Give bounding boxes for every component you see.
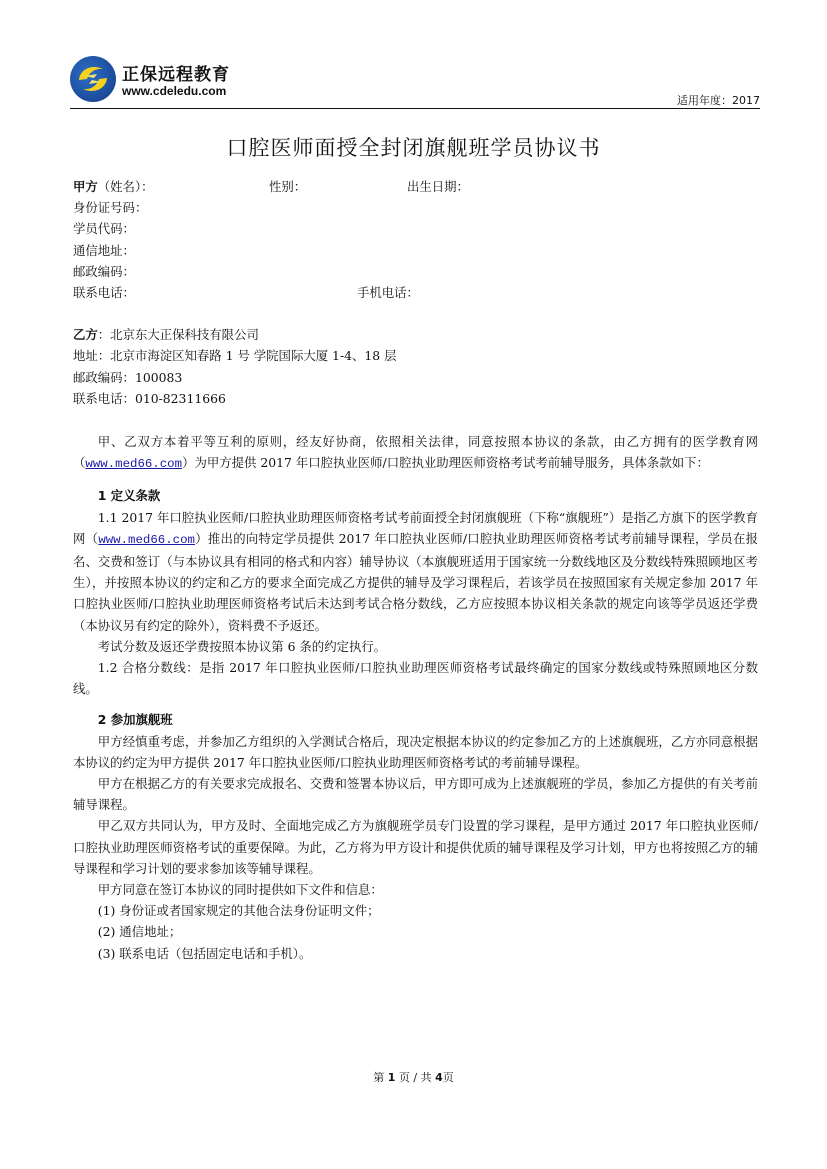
intro-paragraph: 甲、乙双方本着平等互利的原则，经友好协商，依照相关法律，同意按照本协议的条款，由…: [73, 431, 758, 475]
party-a-row: 甲方（姓名）： 性别： 出生日期：: [73, 176, 758, 197]
party-b-name: ：北京东大正保科技有限公司: [98, 327, 259, 342]
section-1-heading: 1 定义条款: [73, 485, 758, 506]
party-a-address: 通信地址：: [73, 240, 758, 261]
party-a-phone-row: 联系电话： 手机电话：: [73, 282, 758, 303]
required-doc-item: (2) 通信地址；: [73, 921, 758, 942]
section-2-para-4: 甲方同意在签订本协议的同时提供如下文件和信息：: [73, 879, 758, 900]
page-header: 正保远程教育 www.cdeledu.com 适用年度：2017: [70, 56, 760, 106]
footer-suffix: 页: [443, 1071, 454, 1084]
brand-name: 正保远程教育: [122, 60, 230, 85]
required-doc-item: (1) 身份证或者国家规定的其他合法身份证明文件；: [73, 900, 758, 921]
party-a-name-label: （姓名）：: [98, 179, 154, 194]
party-b-address: 地址：北京市海淀区知春路 1 号 学院国际大厦 1-4、18 层: [73, 345, 758, 366]
section-1-clause-1-1: 1.1 2017 年口腔执业医师/口腔执业助理医师资格考试考前面授全封闭旗舰班（…: [73, 507, 758, 636]
page-footer: 第 1 页 / 共 4页: [0, 1069, 827, 1085]
party-a-id: 身份证号码：: [73, 197, 758, 218]
med66-link[interactable]: www.med66.com: [98, 533, 195, 547]
required-doc-item: (3) 联系电话（包括固定电话和手机）。: [73, 943, 758, 964]
applicable-year: 适用年度：2017: [677, 92, 760, 108]
header-divider: [70, 108, 760, 109]
party-a-gender-label: 性别：: [269, 176, 306, 197]
party-b-row: 乙方：北京东大正保科技有限公司: [73, 324, 758, 345]
party-a-label: 甲方: [73, 179, 98, 194]
party-a-phone: 联系电话：: [73, 285, 135, 300]
party-a-birth-label: 出生日期：: [407, 176, 469, 197]
section-2-para-1: 甲方经慎重考虑，并参加乙方组织的入学测试合格后，现决定根据本协议的约定参加乙方的…: [73, 731, 758, 773]
total-pages: 4: [435, 1071, 443, 1084]
section-2-para-3: 甲乙双方共同认为，甲方及时、全面地完成乙方为旗舰班学员专门设置的学习课程，是甲方…: [73, 815, 758, 879]
section-2-para-2: 甲方在根据乙方的有关要求完成报名、交费和签署本协议后，甲方即可成为上述旗舰班的学…: [73, 773, 758, 815]
party-b-label: 乙方: [73, 327, 98, 342]
party-b-phone: 联系电话：010-82311666: [73, 388, 758, 409]
cdeledu-logo-icon: [70, 56, 116, 102]
party-a-mobile: 手机电话：: [357, 282, 419, 303]
section-2-heading: 2 参加旗舰班: [73, 709, 758, 730]
party-a-student-code: 学员代码：: [73, 218, 758, 239]
brand-url: www.cdeledu.com: [122, 84, 226, 98]
intro-text-2: ）为甲方提供 2017 年口腔执业医师/口腔执业助理医师资格考试考前辅导服务，具…: [182, 455, 709, 470]
document-body: 甲方（姓名）： 性别： 出生日期： 身份证号码： 学员代码： 通信地址： 邮政编…: [73, 176, 758, 964]
party-b-postcode: 邮政编码：100083: [73, 367, 758, 388]
med66-link[interactable]: www.med66.com: [85, 457, 182, 471]
party-a-postcode: 邮政编码：: [73, 261, 758, 282]
section-1-clause-1-2: 1.2 合格分数线：是指 2017 年口腔执业医师/口腔执业助理医师资格考试最终…: [73, 657, 758, 699]
document-title: 口腔医师面授全封闭旗舰班学员协议书: [0, 132, 827, 162]
footer-prefix: 第: [373, 1071, 388, 1084]
section-1-score-note: 考试分数及返还学费按照本协议第 6 条的约定执行。: [73, 636, 758, 657]
footer-middle: 页 / 共: [395, 1071, 435, 1084]
